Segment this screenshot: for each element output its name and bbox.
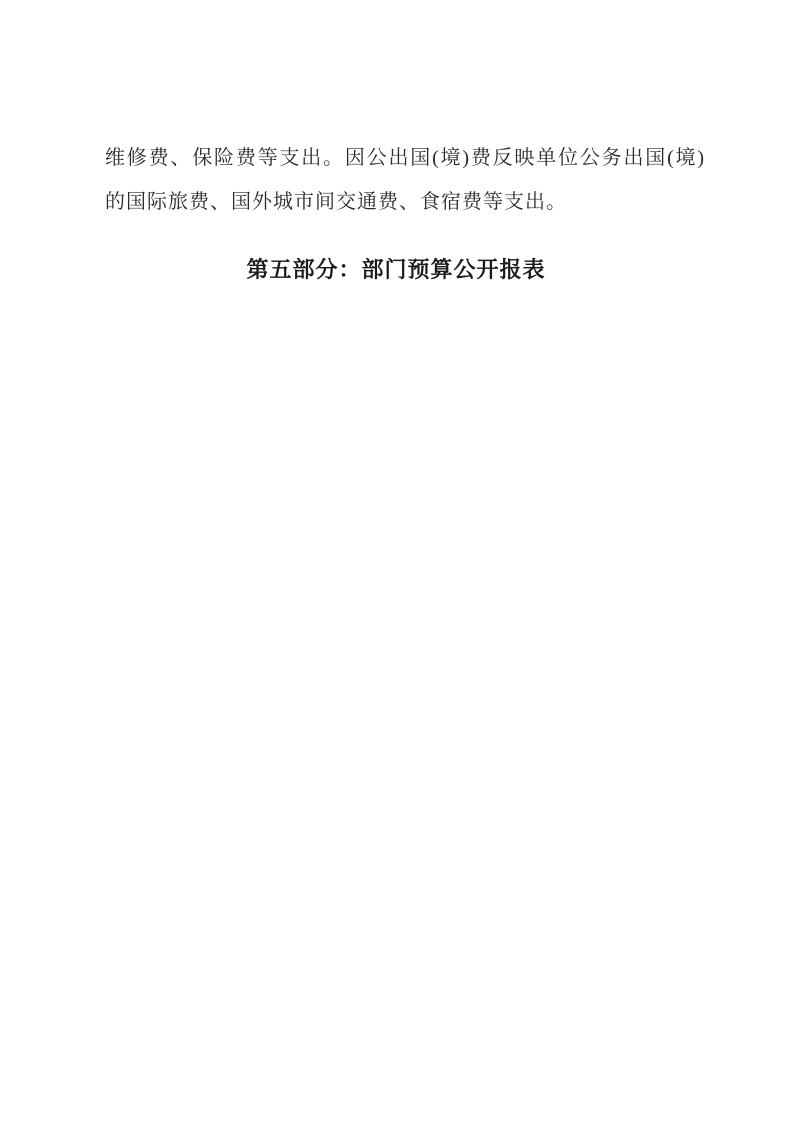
paragraph-line: 维修费、保险费等支出。因公出国(境)费反映单位公务出国(境) xyxy=(105,136,705,180)
body-paragraph: 维修费、保险费等支出。因公出国(境)费反映单位公务出国(境) 的国际旅费、国外城… xyxy=(105,136,705,224)
section-heading: 第五部分：部门预算公开报表 xyxy=(0,253,792,287)
paragraph-line: 的国际旅费、国外城市间交通费、食宿费等支出。 xyxy=(105,180,705,224)
document-page: 维修费、保险费等支出。因公出国(境)费反映单位公务出国(境) 的国际旅费、国外城… xyxy=(0,0,792,1121)
